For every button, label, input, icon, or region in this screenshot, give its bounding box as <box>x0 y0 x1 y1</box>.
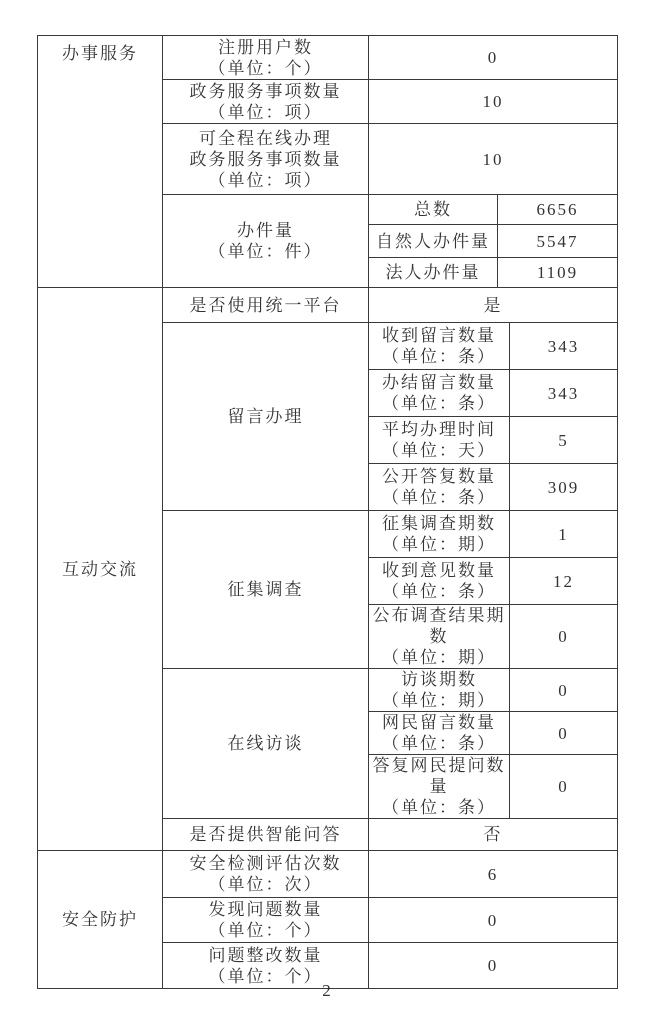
smart-qa-label: 是否提供智能问答 <box>163 819 369 851</box>
label-text: 访谈期数 <box>369 669 509 690</box>
label-text: 征集调查期数 <box>369 513 509 534</box>
label-text: 办结留言数量 <box>369 372 509 393</box>
survey-periods-label: 征集调查期数 （单位：期） <box>369 511 510 558</box>
label-text: 政务服务事项数量 <box>163 81 368 102</box>
cases-total-label: 总数 <box>369 195 498 225</box>
label-text: 发现问题数量 <box>163 899 368 920</box>
cases-legal-value: 1109 <box>498 258 618 288</box>
unit-text: （单位：期） <box>369 647 509 668</box>
section-label-interaction: 互动交流 <box>38 288 163 851</box>
unit-text: （单位：个） <box>163 920 368 941</box>
unit-text: （单位：条） <box>369 393 509 414</box>
label-text: 收到留言数量 <box>369 325 509 346</box>
unit-text: （单位：条） <box>369 487 509 508</box>
unit-text: （单位：项） <box>163 102 368 123</box>
annual-report-table: 办事服务 注册用户数 （单位：个） 0 政务服务事项数量 （单位：项） 10 可… <box>37 35 618 989</box>
label-text: 答复网民提问数量 <box>369 755 509 797</box>
unit-text: （单位：期） <box>369 534 509 555</box>
public-replies-value: 309 <box>510 464 618 511</box>
survey-periods-value: 1 <box>510 511 618 558</box>
message-handling-group-label: 留言办理 <box>163 323 369 511</box>
service-items-value: 10 <box>369 80 618 124</box>
problems-found-value: 0 <box>369 898 618 943</box>
avg-handle-time-label: 平均办理时间 （单位：天） <box>369 417 510 464</box>
messages-completed-label: 办结留言数量 （单位：条） <box>369 370 510 417</box>
unit-text: （单位：期） <box>369 690 509 711</box>
avg-handle-time-value: 5 <box>510 417 618 464</box>
survey-results-value: 0 <box>510 605 618 669</box>
problems-found-label: 发现问题数量 （单位：个） <box>163 898 369 943</box>
survey-group-label: 征集调查 <box>163 511 369 669</box>
label-text: 办件量 <box>163 220 368 241</box>
label-text: 收到意见数量 <box>369 560 509 581</box>
cases-natural-value: 5547 <box>498 225 618 258</box>
netizen-messages-value: 0 <box>510 712 618 755</box>
registered-users-label: 注册用户数 （单位：个） <box>163 36 369 80</box>
unit-text: （单位：条） <box>369 346 509 367</box>
unified-platform-label: 是否使用统一平台 <box>163 288 369 323</box>
unit-text: （单位：天） <box>369 440 509 461</box>
messages-completed-value: 343 <box>510 370 618 417</box>
unit-text: （单位：次） <box>163 874 368 895</box>
netizen-replies-value: 0 <box>510 755 618 819</box>
label-text: 公布调查结果期数 <box>369 605 509 647</box>
cases-natural-label: 自然人办件量 <box>369 225 498 258</box>
survey-opinions-value: 12 <box>510 558 618 605</box>
survey-opinions-label: 收到意见数量 （单位：条） <box>369 558 510 605</box>
interview-group-label: 在线访谈 <box>163 669 369 819</box>
online-items-value: 10 <box>369 124 618 195</box>
label-text: 政务服务事项数量 <box>163 149 368 170</box>
service-items-label: 政务服务事项数量 （单位：项） <box>163 80 369 124</box>
unit-text: （单位：件） <box>163 241 368 262</box>
netizen-messages-label: 网民留言数量 （单位：条） <box>369 712 510 755</box>
interview-periods-value: 0 <box>510 669 618 712</box>
cases-total-value: 6656 <box>498 195 618 225</box>
cases-legal-label: 法人办件量 <box>369 258 498 288</box>
unified-platform-value: 是 <box>369 288 618 323</box>
messages-received-value: 343 <box>510 323 618 370</box>
section-label-service: 办事服务 <box>38 36 163 288</box>
unit-text: （单位：条） <box>369 581 509 602</box>
cases-group-label: 办件量 （单位：件） <box>163 195 369 288</box>
survey-results-label: 公布调查结果期数 （单位：期） <box>369 605 510 669</box>
smart-qa-value: 否 <box>369 819 618 851</box>
label-text: 安全检测评估次数 <box>163 853 368 874</box>
messages-received-label: 收到留言数量 （单位：条） <box>369 323 510 370</box>
security-checks-value: 6 <box>369 851 618 898</box>
registered-users-value: 0 <box>369 36 618 80</box>
unit-text: （单位：项） <box>163 170 368 191</box>
label-text: 网民留言数量 <box>369 712 509 733</box>
page-number: 2 <box>0 981 653 1001</box>
label-text: 注册用户数 <box>163 37 368 58</box>
label-text: 可全程在线办理 <box>163 128 368 149</box>
unit-text: （单位：条） <box>369 733 509 754</box>
report-page: 办事服务 注册用户数 （单位：个） 0 政务服务事项数量 （单位：项） 10 可… <box>0 0 653 1018</box>
online-items-label: 可全程在线办理 政务服务事项数量 （单位：项） <box>163 124 369 195</box>
public-replies-label: 公开答复数量 （单位：条） <box>369 464 510 511</box>
netizen-replies-label: 答复网民提问数量 （单位：条） <box>369 755 510 819</box>
interview-periods-label: 访谈期数 （单位：期） <box>369 669 510 712</box>
section-label-security: 安全防护 <box>38 851 163 989</box>
label-text: 问题整改数量 <box>163 945 368 966</box>
unit-text: （单位：个） <box>163 58 368 79</box>
security-checks-label: 安全检测评估次数 （单位：次） <box>163 851 369 898</box>
label-text: 公开答复数量 <box>369 466 509 487</box>
label-text: 平均办理时间 <box>369 419 509 440</box>
unit-text: （单位：条） <box>369 797 509 818</box>
